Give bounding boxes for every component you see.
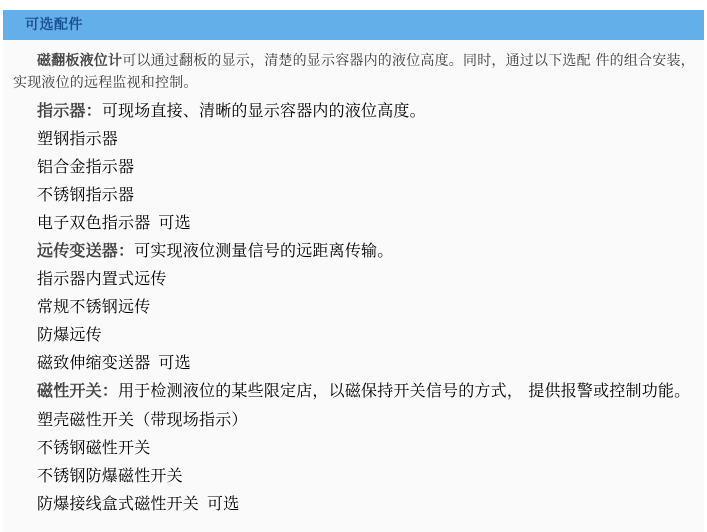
section-title: 可选配件	[25, 15, 83, 35]
item-label: 电子双色指示器	[37, 213, 150, 232]
list-item: 指示器内置式远传	[37, 269, 175, 289]
item-label: 塑壳磁性开关（带现场指示）	[37, 410, 248, 429]
section-heading: 磁性开关	[37, 381, 102, 400]
section-description: 用于检测液位的某些限定店，以磁保持开关信号的方式， 提供报警或控制功能。	[118, 381, 690, 400]
list-item: 防爆接线盒式磁性开关可选	[37, 494, 239, 514]
section-transmitter-heading: 远传变送器：可实现液位测量信号的远距离传输。	[37, 241, 393, 261]
accessories-panel: 可选配件 磁翻板液位计可以通过翻板的显示，清楚的显示容器内的液位高度。同时，通过…	[3, 10, 704, 532]
list-item: 不锈钢防爆磁性开关	[37, 466, 191, 486]
item-label: 不锈钢磁性开关	[37, 438, 150, 457]
item-suffix: 可选	[207, 494, 239, 513]
intro-product-name: 磁翻板液位计	[37, 53, 122, 69]
section-separator: ：	[118, 241, 134, 260]
section-heading: 远传变送器	[37, 241, 118, 260]
list-item: 塑壳磁性开关（带现场指示）	[37, 410, 256, 430]
content-area: 磁翻板液位计可以通过翻板的显示，清楚的显示容器内的液位高度。同时，通过以下选配 …	[13, 50, 699, 94]
list-item: 常规不锈钢远传	[37, 297, 158, 317]
list-item: 不锈钢指示器	[37, 185, 142, 205]
item-label: 防爆接线盒式磁性开关	[37, 494, 199, 513]
section-header: 可选配件	[3, 10, 704, 40]
list-item: 塑钢指示器	[37, 129, 126, 149]
item-suffix: 可选	[158, 353, 190, 372]
list-item: 铝合金指示器	[37, 157, 142, 177]
item-label: 常规不锈钢远传	[37, 297, 150, 316]
section-separator: ：	[86, 101, 102, 120]
item-label: 不锈钢防爆磁性开关	[37, 466, 183, 485]
intro-paragraph: 磁翻板液位计可以通过翻板的显示，清楚的显示容器内的液位高度。同时，通过以下选配 …	[13, 50, 699, 94]
section-magnetic-switch-heading: 磁性开关：用于检测液位的某些限定店，以磁保持开关信号的方式， 提供报警或控制功能…	[37, 381, 690, 401]
item-suffix: 可选	[158, 213, 190, 232]
item-label: 不锈钢指示器	[37, 185, 134, 204]
list-item: 磁致伸缩变送器可选	[37, 353, 191, 373]
section-heading: 指示器	[37, 101, 86, 120]
item-label: 磁致伸缩变送器	[37, 353, 150, 372]
section-separator: ：	[102, 381, 118, 400]
list-item: 不锈钢磁性开关	[37, 438, 158, 458]
item-label: 铝合金指示器	[37, 157, 134, 176]
section-description: 可现场直接、清晰的显示容器内的液位高度。	[102, 101, 426, 120]
section-description: 可实现液位测量信号的远距离传输。	[134, 241, 393, 260]
list-item: 防爆远传	[37, 325, 110, 345]
item-label: 防爆远传	[37, 325, 102, 344]
item-label: 塑钢指示器	[37, 129, 118, 148]
list-item: 电子双色指示器可选	[37, 213, 191, 233]
item-label: 指示器内置式远传	[37, 269, 167, 288]
section-indicator-heading: 指示器：可现场直接、清晰的显示容器内的液位高度。	[37, 101, 426, 121]
